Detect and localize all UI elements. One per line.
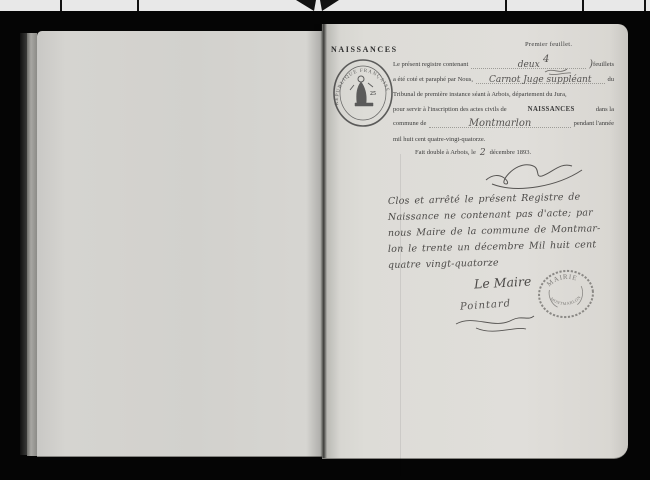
film-frame-tick xyxy=(60,0,62,11)
closing-note-line: Clos et arrêté le présent Registre de xyxy=(388,192,581,207)
mayor-signature: Pointard xyxy=(460,298,512,313)
film-frame-tick xyxy=(137,0,139,11)
film-frame-tick xyxy=(644,0,646,11)
republique-francaise-stamp-icon: RÉPUBLIQUE FRANÇAISE 25 xyxy=(332,57,394,129)
film-strip xyxy=(0,0,650,11)
film-frame-tick xyxy=(582,0,584,11)
handwritten-judge-name: Carnot Juge suppléant xyxy=(489,75,592,85)
le-maire-signoff: Le Maire xyxy=(474,274,532,292)
printed-text: Tribunal de première instance séant à Ar… xyxy=(393,91,567,98)
film-frame-tick xyxy=(505,0,507,11)
printed-text: du xyxy=(608,76,615,83)
printed-text: Le présent registre contenant xyxy=(393,61,468,68)
mairie-montmarlon-stamp-icon: MAIRIE MONTMARLON xyxy=(533,265,599,324)
judge-signature-flourish xyxy=(480,156,590,190)
mayor-signature-flourish xyxy=(452,312,542,334)
printed-text: mil huit cent quatre-vingt-quatorze. xyxy=(393,136,485,143)
statement-line-2: a été coté et paraphé par Nous, Carnot J… xyxy=(393,76,614,84)
sheet-label: Premier feuillet. xyxy=(525,41,572,48)
closing-note-line: lon le trente un décembre Mil huit cent xyxy=(388,239,597,255)
printed-text: feuillets xyxy=(593,61,614,68)
statement-line-6: mil huit cent quatre-vingt-quatorze. xyxy=(393,136,614,143)
fill-in-blank: Carnot Juge suppléant xyxy=(476,76,605,84)
mairie-stamp-top-text: MAIRIE xyxy=(544,271,579,289)
page-stack-edge xyxy=(27,33,37,456)
handwritten-brace: ) xyxy=(589,62,593,68)
revenue-stamp-value: 25 xyxy=(370,91,376,97)
statement-line-1: Le présent registre contenant deux ) feu… xyxy=(393,61,614,69)
film-center-marker-icon xyxy=(290,0,342,11)
page-title: NAISSANCES xyxy=(331,45,398,54)
mairie-stamp: MAIRIE MONTMARLON xyxy=(533,265,599,324)
handwritten-commune-name: Montmarlon xyxy=(469,118,532,129)
fill-in-blank: Montmarlon xyxy=(429,120,570,128)
svg-text:MONTMARLON: MONTMARLON xyxy=(549,293,583,308)
book-cover-edge xyxy=(20,33,27,455)
printed-text: pendant l'année xyxy=(574,120,614,127)
statement-line-4: pour servir à l'inscription des actes ci… xyxy=(393,106,614,113)
printed-text: dans la xyxy=(596,106,614,113)
printed-text: commune de xyxy=(393,120,426,127)
book-gutter-shadow xyxy=(306,24,340,458)
printed-text: a été coté et paraphé par Nous, xyxy=(393,76,473,83)
microfilm-scan: NAISSANCES Premier feuillet. 4 RÉPUBLIQU… xyxy=(0,0,650,480)
fill-in-blank: deux xyxy=(471,61,586,69)
closing-note-line: Naissance ne contenant pas d'acte; par xyxy=(388,207,593,223)
left-page-blank xyxy=(37,31,322,457)
svg-text:MAIRIE: MAIRIE xyxy=(544,271,579,289)
printed-naissances-word: NAISSANCES xyxy=(528,106,575,113)
mairie-stamp-bottom-text: MONTMARLON xyxy=(549,293,583,308)
statement-line-7: Fait double à Arbois, le 2 décembre 1893… xyxy=(415,149,595,156)
printed-text: pour servir à l'inscription des actes ci… xyxy=(393,106,507,113)
closing-note-line: nous Maire de la commune de Montmar- xyxy=(388,223,601,239)
handwritten-sheet-count: deux xyxy=(518,60,540,70)
statement-line-5: commune de Montmarlon pendant l'année xyxy=(393,120,614,128)
printed-text: décembre 1893. xyxy=(490,149,532,156)
statement-line-3: Tribunal de première instance séant à Ar… xyxy=(393,91,614,98)
right-page-content: NAISSANCES Premier feuillet. 4 RÉPUBLIQU… xyxy=(322,24,628,458)
printed-text: Fait double à Arbois, le xyxy=(415,149,476,156)
revenue-stamp: RÉPUBLIQUE FRANÇAISE 25 xyxy=(332,57,394,129)
closing-note-line: quatre vingt-quatorze xyxy=(388,257,499,271)
